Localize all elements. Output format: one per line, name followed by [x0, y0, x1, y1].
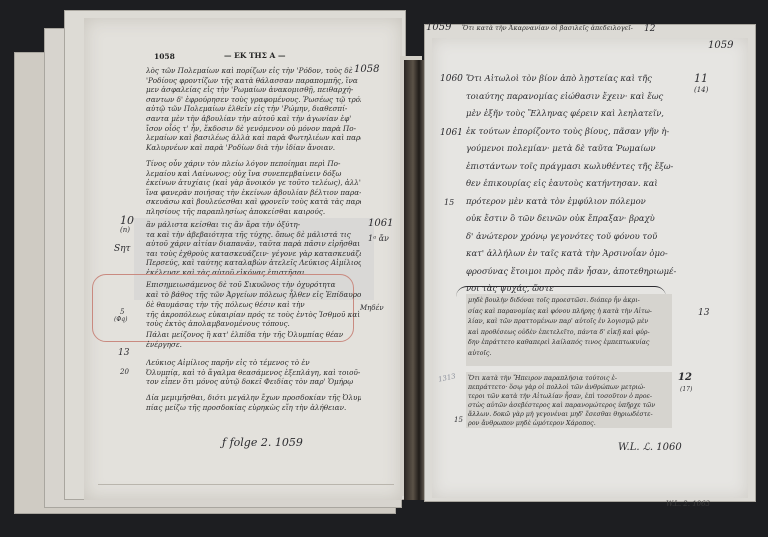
left-page-lower-rule — [98, 484, 394, 485]
margin-note-ref: Sητ — [114, 244, 131, 254]
margin-note-10-sub: (n) — [120, 226, 130, 234]
margin-1061: 1061 — [440, 128, 463, 138]
margin-15: 15 — [444, 198, 454, 207]
clip2-mark-b: 15 — [454, 416, 463, 424]
printed-paragraph-6: Πάλαι μείζονος ἢ κατ' ἐλπίδα τὴν τῆς Ὀλυ… — [146, 330, 361, 349]
right-page-signature: W.L. ℒ. 1060 — [618, 442, 682, 453]
right-margin-mark: 13 — [698, 308, 709, 318]
margin-1060: 1060 — [440, 74, 463, 84]
margin-note-13: 13 — [118, 348, 129, 358]
left-page-signature: ƒ folge 2. 1059 — [222, 436, 303, 449]
right-header-clip: Ὅτι κατὰ τὴν Ἀκαρνανίαν οἱ βασιλεῖς ἀπεδ… — [462, 24, 633, 34]
clip2-mark-left: 1313 — [437, 372, 456, 384]
right-page: 1059 Ὅτι κατὰ τὴν Ἀκαρνανίαν οἱ βασιλεῖς… — [432, 38, 748, 498]
printed-paragraph-2: Τίνος οὖν χάριν τὸν πλείω λόγον πεποίημα… — [146, 159, 361, 217]
printed-paragraph-3: ἂν μάλιστα κείσθαι τις ἂν ἄρα τὴν ὀξύτη-… — [146, 220, 361, 278]
printed-paragraph-7: Λεύκιος Αἰμίλιος παρῆν εἰς τὸ τέμενος τὸ… — [146, 358, 361, 387]
printed-clip-1: μηδὲ βουλὴν διδόναι τοῖς προεστῶσι. διόπ… — [468, 296, 670, 359]
handwritten-transcription: Ὅτι Αἰτωλοὶ τὸν βίον ἀπὸ λῃστείας καὶ τῆ… — [466, 70, 696, 298]
margin-note-1061: 1061 — [368, 218, 393, 229]
margin-note-5: 5 — [120, 308, 124, 316]
running-head: — ΕΚ ΤΗΣ Α — — [224, 51, 285, 60]
printed-paragraph-4: Επισημειωσάμενος δὲ τοῦ Σικυῶνος τὴν ὀχυ… — [146, 280, 361, 299]
margin-note-20: 20 — [120, 368, 129, 376]
printed-paragraph-5: δὲ θαυμάσας τὴν τῆς πόλεως θέσιν καὶ τὴν… — [146, 300, 361, 329]
margin-note-5-sub: (Φq) — [114, 316, 127, 323]
right-header-mark: 12 — [644, 24, 655, 34]
clip2-mark-a-sub: (17) — [680, 386, 692, 393]
clip2-mark-a: 12 — [678, 372, 692, 383]
printed-clip-2: Ὅτι κατὰ τὴν Ἤπειρον παραπλήσια τούτοις … — [468, 374, 670, 428]
right-header-number: 1059 — [426, 22, 451, 33]
margin-11-sub: (14) — [694, 86, 708, 94]
margin-note-right: Μηδέν — [360, 304, 384, 312]
printed-paragraph-1: λὸς τῶν Πολεμαίων καὶ πορίζων εἰς τὴν 'Ρ… — [146, 66, 361, 152]
left-page-number: 1058 — [154, 52, 175, 61]
right-edge-signature: W.L. 2. 1063 — [666, 500, 710, 508]
margin-note-1a: 1ᵃ ἄν — [368, 234, 389, 243]
right-corner-number: 1059 — [708, 40, 733, 51]
left-page: 1058 — ΕΚ ΤΗΣ Α — 1058 λὸς τῶν Πολεμαίων… — [84, 18, 402, 500]
printed-paragraph-8: Δία μεμιμῆσθαι, διότι μεγάλην ἔχων προσδ… — [146, 393, 361, 412]
margin-11: 11 — [694, 72, 708, 85]
